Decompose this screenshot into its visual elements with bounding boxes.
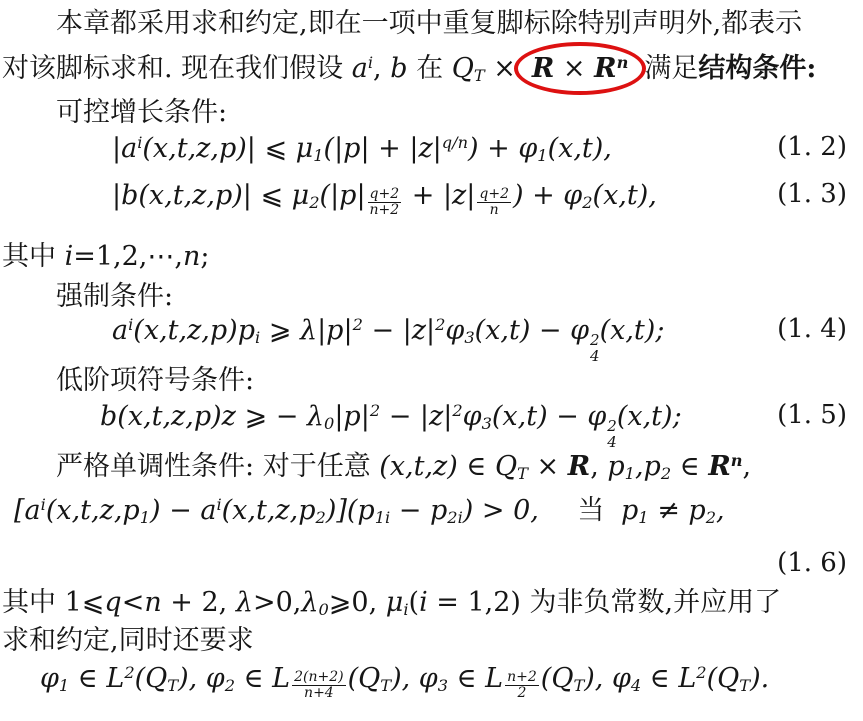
equation-1-2: |ai(x,t,z,p)| ⩽ μ1(|p| + |z|q/n) + φ1(x,… bbox=[0, 131, 863, 166]
heading-growth-condition: 可控增长条件: bbox=[56, 95, 227, 130]
heading-sign-condition: 低阶项符号条件: bbox=[56, 363, 254, 398]
equation-1-5-label: (1. 5) bbox=[777, 399, 847, 433]
continuation-line: 求和约定,同时还要求 bbox=[2, 623, 254, 658]
phi-spaces-formula: φ1 ∈ L2(QT), φ2 ∈ L2(n+2)n+4(QT), φ3 ∈ L… bbox=[40, 661, 769, 702]
phi-spaces-line: φ1 ∈ L2(QT), φ2 ∈ L2(n+2)n+4(QT), φ3 ∈ L… bbox=[0, 661, 863, 702]
circled-math-text: R × Rn bbox=[532, 53, 628, 84]
intro-line-2-suffix: 满足结构条件: bbox=[644, 53, 816, 84]
equation-1-2-label: (1. 2) bbox=[777, 131, 847, 165]
intro-line-1: 本章都采用求和约定,即在一项中重复脚标除特别声明外,都表示 bbox=[56, 6, 802, 41]
equation-1-4-label: (1. 4) bbox=[777, 313, 847, 347]
heading-monotonicity-condition: 严格单调性条件: bbox=[56, 451, 254, 482]
where-i-line: 其中 i=1,2,⋯,n; bbox=[2, 239, 209, 274]
equation-1-2-body: |ai(x,t,z,p)| ⩽ μ1(|p| + |z|q/n) + φ1(x,… bbox=[112, 131, 612, 166]
equation-1-3-label: (1. 3) bbox=[777, 178, 847, 212]
equation-1-6-body: [ai(x,t,z,p1) − ai(x,t,z,p2)](p1i − p2i)… bbox=[14, 493, 725, 528]
equation-1-6-label: (1. 6) bbox=[777, 547, 847, 581]
heading-coercive-condition: 强制条件: bbox=[56, 279, 173, 314]
equation-1-4-body: ai(x,t,z,p)pi ⩾ λ|p|2 − |z|2φ3(x,t) − φ2… bbox=[112, 313, 664, 365]
intro-line-2: 对该脚标求和. 现在我们假设 ai, b 在 QT ×R × Rn满足结构条件: bbox=[2, 50, 816, 87]
circled-structure-domain: R × Rn bbox=[518, 50, 642, 87]
intro-line-2-text: 对该脚标求和. 现在我们假设 ai, b 在 QT × bbox=[2, 53, 516, 84]
equation-1-5-body: b(x,t,z,p)z ⩾ − λ0|p|2 − |z|2φ3(x,t) − φ… bbox=[100, 399, 682, 451]
equation-1-4: ai(x,t,z,p)pi ⩾ λ|p|2 − |z|2φ3(x,t) − φ2… bbox=[0, 313, 863, 365]
scanned-textbook-page: 本章都采用求和约定,即在一项中重复脚标除特别声明外,都表示 对该脚标求和. 现在… bbox=[0, 0, 863, 721]
monotonicity-statement: 对于任意 (x,t,z) ∈ QT × R, p1,p2 ∈ Rn, bbox=[254, 451, 751, 482]
equation-1-6: [ai(x,t,z,p1) − ai(x,t,z,p2)](p1i − p2i)… bbox=[0, 493, 863, 528]
equation-1-3: |b(x,t,z,p)| ⩽ μ2(|p|q+2n+2 + |z|q+2n) +… bbox=[0, 178, 863, 219]
where-q-line: 其中 1⩽q<n + 2, λ>0,λ0⩾0, μi(i = 1,2) 为非负常… bbox=[2, 585, 781, 620]
equation-1-3-body: |b(x,t,z,p)| ⩽ μ2(|p|q+2n+2 + |z|q+2n) +… bbox=[112, 178, 657, 219]
equation-1-5: b(x,t,z,p)z ⩾ − λ0|p|2 − |z|2φ3(x,t) − φ… bbox=[0, 399, 863, 451]
monotonicity-line: 严格单调性条件: 对于任意 (x,t,z) ∈ QT × R, p1,p2 ∈ … bbox=[56, 449, 751, 484]
